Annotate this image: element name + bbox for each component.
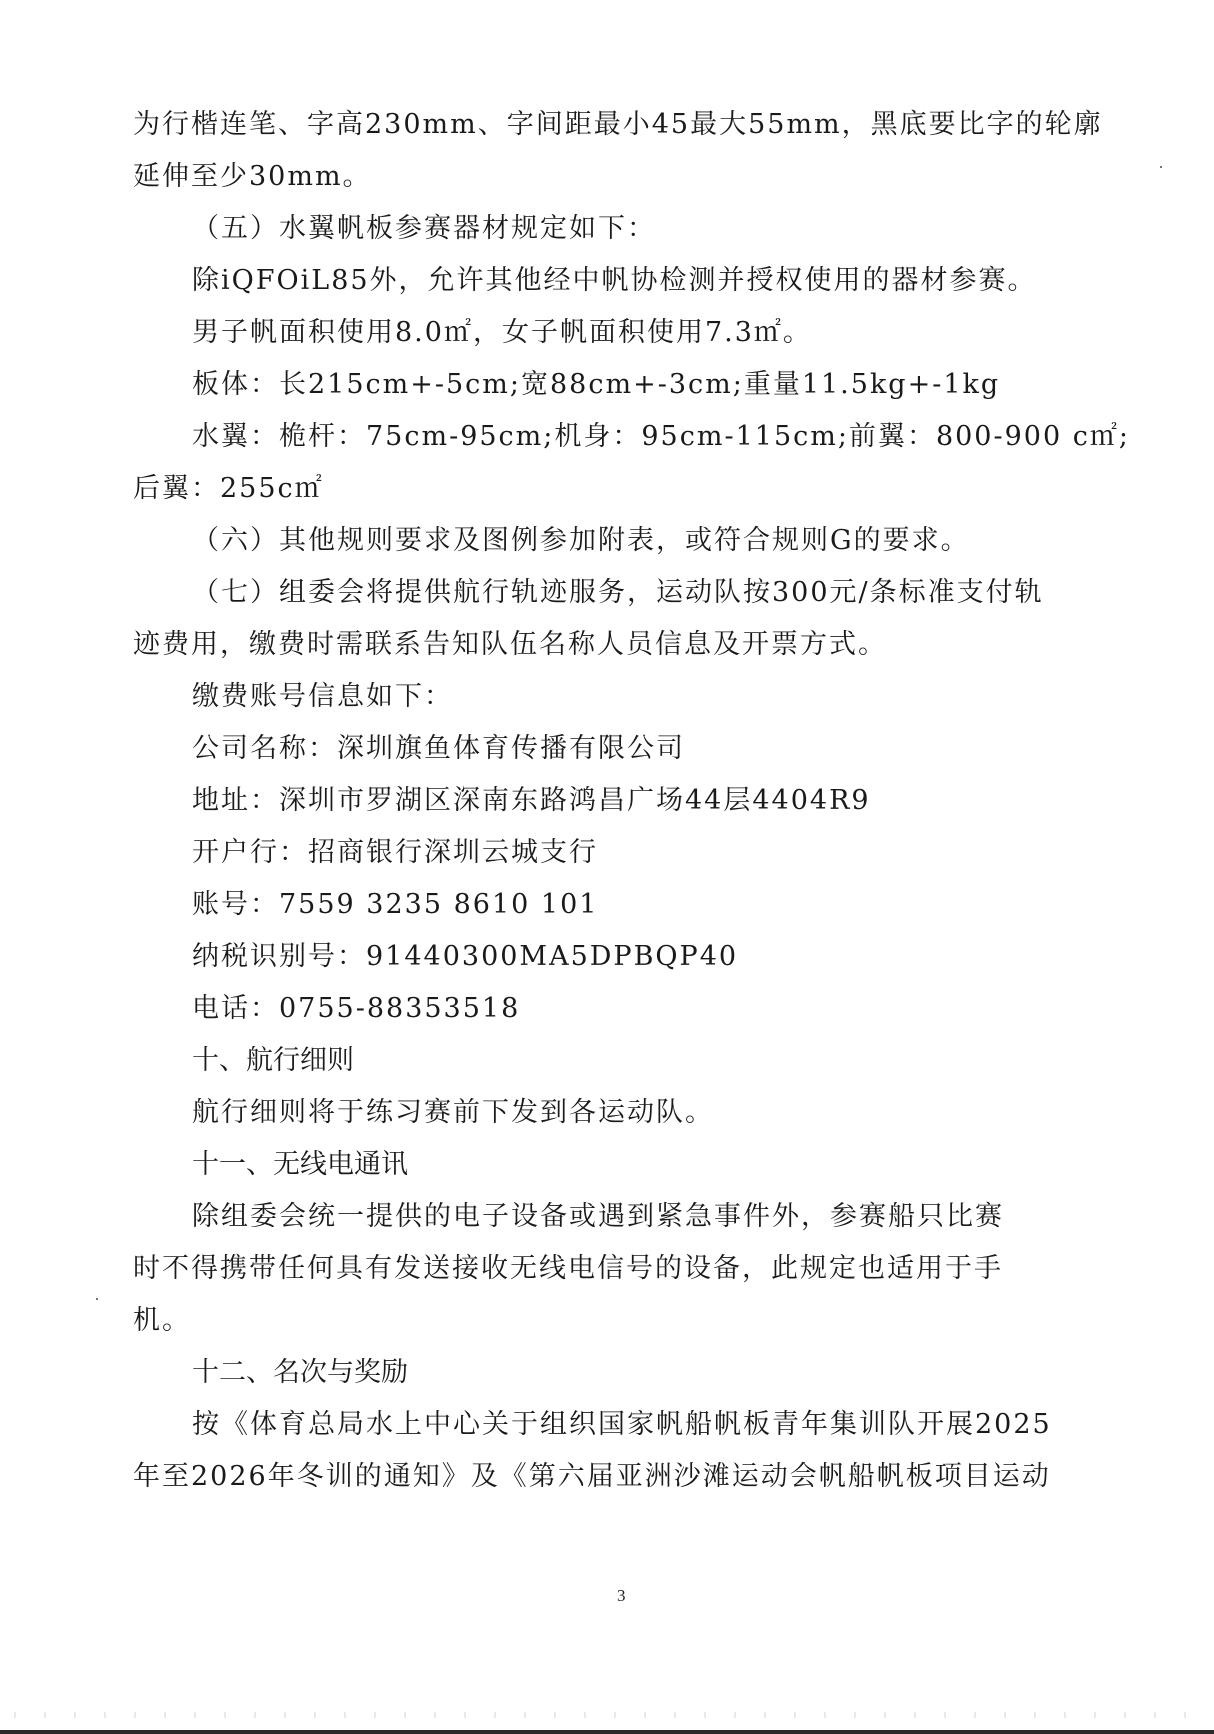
scan-speck — [96, 1298, 98, 1300]
subsection-heading-7: （七）组委会将提供航行轨迹服务，运动队按300元/条标准支付轨 — [192, 576, 1044, 610]
company-address: 地址：深圳市罗湖区深南东路鸿昌广场44层4404R9 — [192, 784, 871, 818]
paragraph-line: 年至2026年冬训的通知》及《第六届亚洲沙滩运动会帆船帆板项目运动 — [133, 1460, 1051, 1494]
section-heading-12: 十二、名次与奖励 — [192, 1356, 408, 1390]
paragraph-line: 后翼：255c㎡ — [133, 472, 324, 506]
paragraph-line: 除组委会统一提供的电子设备或遇到紧急事件外，参赛船只比赛 — [192, 1200, 1004, 1234]
paragraph-line: 按《体育总局水上中心关于组织国家帆船帆板青年集训队开展2025 — [192, 1408, 1052, 1442]
account-number: 账号：7559 3235 8610 101 — [192, 888, 598, 922]
page-number: 3 — [617, 1586, 626, 1606]
scan-speck — [1160, 166, 1162, 168]
paragraph-line: 航行细则将于练习赛前下发到各运动队。 — [192, 1096, 714, 1130]
bank-name: 开户行：招商银行深圳云城支行 — [192, 836, 598, 870]
scan-artifacts — [0, 1712, 1214, 1718]
paragraph-line: 为行楷连笔、字高230mm、字间距最小45最大55mm，黑底要比字的轮廓 — [133, 108, 1103, 142]
tax-id: 纳税识别号：91440300MA5DPBQP40 — [192, 940, 738, 974]
paragraph-line: 水翼：桅杆：75cm-95cm;机身：95cm-115cm;前翼：800-900… — [192, 420, 1130, 454]
paragraph-line: 时不得携带任何具有发送接收无线电信号的设备，此规定也适用于手 — [133, 1252, 1003, 1286]
payment-info-label: 缴费账号信息如下： — [192, 680, 453, 714]
paragraph-line: 延伸至少30mm。 — [133, 160, 372, 194]
document-page: 为行楷连笔、字高230mm、字间距最小45最大55mm，黑底要比字的轮廓 延伸至… — [0, 0, 1214, 1728]
section-heading-10: 十、航行细则 — [192, 1044, 354, 1078]
paragraph-line: 男子帆面积使用8.0㎡，女子帆面积使用7.3㎡。 — [192, 316, 812, 350]
subsection-heading-6: （六）其他规则要求及图例参加附表，或符合规则G的要求。 — [192, 524, 970, 558]
bottom-edge-bar — [0, 1730, 1214, 1734]
paragraph-line: 机。 — [133, 1304, 191, 1338]
section-heading-11: 十一、无线电通讯 — [192, 1148, 408, 1182]
company-name: 公司名称：深圳旗鱼体育传播有限公司 — [192, 732, 685, 766]
paragraph-line: 板体：长215cm+-5cm;宽88cm+-3cm;重量11.5kg+-1kg — [192, 368, 1000, 402]
paragraph-line: 迹费用，缴费时需联系告知队伍名称人员信息及开票方式。 — [133, 628, 887, 662]
subsection-heading-5: （五）水翼帆板参赛器材规定如下： — [192, 212, 656, 246]
phone-number: 电话：0755-88353518 — [192, 992, 520, 1026]
paragraph-line: 除iQFOiL85外，允许其他经中帆协检测并授权使用的器材参赛。 — [192, 264, 1037, 298]
